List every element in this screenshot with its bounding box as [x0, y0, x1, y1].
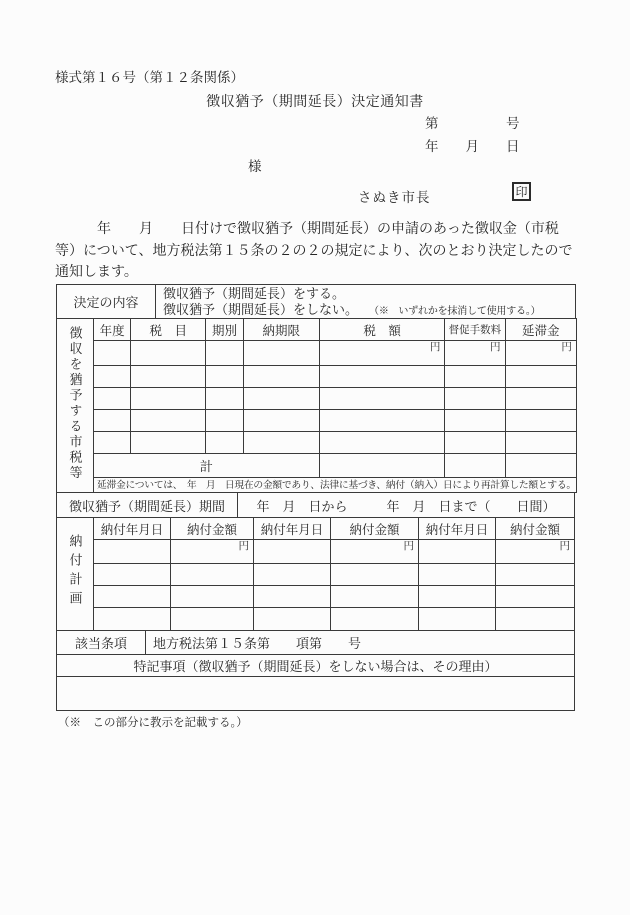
delinquency-note: 延滞金については、 年 月 日現在の金額であり、法律に基づき、納付（納入）日によ…	[94, 478, 577, 493]
empty-field	[243, 366, 319, 388]
empty-field	[243, 341, 319, 366]
col-header-payment-amount-3: 納付金額	[496, 518, 575, 540]
col-header-payment-date-2: 納付年月日	[254, 518, 331, 540]
decision-option-grant: 徴収猶予（期間延長）をする。	[163, 286, 575, 302]
empty-field	[419, 608, 496, 631]
empty-field	[243, 410, 319, 432]
total-label: 計	[94, 454, 320, 478]
remarks-header: 特記事項（徴収猶予（期間延長）をしない場合は、その理由）	[57, 655, 575, 677]
empty-field	[243, 388, 319, 410]
empty-field	[206, 366, 243, 388]
empty-field	[131, 432, 206, 454]
empty-field	[131, 366, 206, 388]
payment-amount-unit-1: 円	[171, 540, 254, 564]
col-header-due-date: 納期限	[243, 319, 319, 341]
empty-field	[419, 586, 496, 608]
remarks-empty-field	[57, 677, 575, 711]
empty-field	[94, 366, 131, 388]
empty-field	[496, 586, 575, 608]
empty-field	[171, 608, 254, 631]
empty-field	[171, 586, 254, 608]
decision-option-deny-line: 徴収猶予（期間延長）をしない。（※ いずれかを抹消して使用する。）	[163, 302, 575, 318]
empty-field	[505, 432, 576, 454]
empty-field	[206, 410, 243, 432]
empty-field	[243, 432, 319, 454]
empty-field	[94, 608, 171, 631]
payment-plan-vertical-label-cell: 納付計画	[57, 518, 94, 631]
empty-field	[331, 564, 419, 586]
empty-field	[206, 341, 243, 366]
empty-field	[445, 432, 505, 454]
decision-label: 決定の内容	[57, 285, 156, 319]
col-header-payment-date-3: 納付年月日	[419, 518, 496, 540]
empty-field	[206, 388, 243, 410]
deferred-taxes-vertical-label-cell: 徴収を猶予する市税等	[57, 319, 94, 493]
empty-field	[445, 388, 505, 410]
remarks-header-section: 特記事項（徴収猶予（期間延長）をしない場合は、その理由）	[56, 654, 575, 677]
empty-field	[496, 564, 575, 586]
empty-field	[505, 410, 576, 432]
col-header-term: 期別	[206, 319, 243, 341]
empty-field	[94, 432, 131, 454]
demand-fee-unit: 円	[445, 341, 505, 366]
empty-field	[254, 540, 331, 564]
col-header-payment-amount-1: 納付金額	[171, 518, 254, 540]
issue-date-line: 年 月 日	[425, 135, 520, 155]
decision-option-deny: 徴収猶予（期間延長）をしない。	[163, 302, 358, 317]
payment-plan-section: 納付計画 納付年月日 納付金額 納付年月日 納付金額 納付年月日 納付金額 円 …	[56, 517, 575, 631]
empty-field	[131, 388, 206, 410]
form-number: 様式第１６号（第１２条関係）	[55, 66, 244, 86]
payment-plan-vertical-label: 納付計画	[69, 534, 82, 610]
empty-field	[94, 341, 131, 366]
applicable-clause-section: 該当条項 地方税法第１５条第 項第 号	[56, 630, 575, 655]
applicable-clause-value: 地方税法第１５条第 項第 号	[146, 631, 575, 655]
col-header-delinquency-charge: 延滞金	[505, 319, 576, 341]
remarks-body-section	[56, 676, 575, 711]
total-delinquency-field	[505, 454, 576, 478]
col-header-payment-amount-2: 納付金額	[331, 518, 419, 540]
empty-field	[319, 410, 444, 432]
empty-field	[419, 564, 496, 586]
empty-field	[94, 410, 131, 432]
document-title: 徴収猶予（期間延長）決定通知書	[0, 91, 630, 111]
empty-field	[171, 564, 254, 586]
payment-amount-unit-2: 円	[331, 540, 419, 564]
col-header-demand-fee: 督促手数料	[445, 319, 505, 341]
empty-field	[445, 366, 505, 388]
empty-field	[94, 586, 171, 608]
document-page: 様式第１６号（第１２条関係） 徴収猶予（期間延長）決定通知書 第 号 年 月 日…	[0, 0, 630, 915]
empty-field	[94, 388, 131, 410]
empty-field	[254, 608, 331, 631]
body-line-3: 通知します。	[55, 262, 579, 284]
payment-amount-unit-3: 円	[496, 540, 575, 564]
empty-field	[254, 564, 331, 586]
tax-amount-unit: 円	[319, 341, 444, 366]
period-label: 徴収猶予（期間延長）期間	[57, 493, 238, 518]
col-header-tax-amount: 税 額	[319, 319, 444, 341]
decision-section: 決定の内容 徴収猶予（期間延長）をする。 徴収猶予（期間延長）をしない。（※ い…	[56, 284, 576, 319]
empty-field	[445, 410, 505, 432]
decision-strike-note: （※ いずれかを抹消して使用する。）	[374, 306, 540, 317]
total-demand-fee-field	[445, 454, 505, 478]
body-line-2: 等）について、地方税法第１５条の２の２の規定により、次のとおり決定したので	[55, 241, 579, 263]
delinquency-unit: 円	[505, 341, 576, 366]
empty-field	[131, 341, 206, 366]
empty-field	[319, 366, 444, 388]
col-header-tax-item: 税 目	[131, 319, 206, 341]
document-number-line: 第 号	[425, 112, 520, 132]
empty-field	[419, 540, 496, 564]
total-tax-amount-field	[319, 454, 444, 478]
empty-field	[131, 410, 206, 432]
empty-field	[331, 608, 419, 631]
deferred-taxes-vertical-label: 徴収を猶予する市税等	[69, 326, 82, 481]
period-section: 徴収猶予（期間延長）期間 年 月 日から 年 月 日まで（ 日間）	[56, 492, 575, 518]
deferred-taxes-section: 徴収を猶予する市税等 年度 税 目 期別 納期限 税 額 督促手数料 延滞金 円…	[56, 318, 577, 493]
decision-content: 徴収猶予（期間延長）をする。 徴収猶予（期間延長）をしない。（※ いずれかを抹消…	[156, 285, 576, 319]
empty-field	[496, 608, 575, 631]
col-header-payment-date-1: 納付年月日	[94, 518, 171, 540]
empty-field	[206, 432, 243, 454]
addressee-suffix: 様	[248, 155, 262, 175]
applicable-clause-label: 該当条項	[57, 631, 146, 655]
empty-field	[94, 540, 171, 564]
body-paragraph: 年 月 日付けで徴収猶予（期間延長）の申請のあった徴収金（市税 等）について、地…	[55, 219, 579, 284]
notice-form-table: 決定の内容 徴収猶予（期間延長）をする。 徴収猶予（期間延長）をしない。（※ い…	[56, 284, 577, 711]
empty-field	[505, 366, 576, 388]
empty-field	[505, 388, 576, 410]
body-line-1: 年 月 日付けで徴収猶予（期間延長）の申請のあった徴収金（市税	[55, 219, 579, 241]
period-value: 年 月 日から 年 月 日まで（ 日間）	[238, 493, 575, 518]
col-header-year: 年度	[94, 319, 131, 341]
empty-field	[94, 564, 171, 586]
empty-field	[319, 388, 444, 410]
empty-field	[254, 586, 331, 608]
issuer-name: さぬき市長	[358, 186, 431, 206]
empty-field	[319, 432, 444, 454]
footer-note: （※ この部分に教示を記載する。）	[58, 714, 248, 730]
official-seal-box: 印	[512, 182, 531, 201]
empty-field	[331, 586, 419, 608]
